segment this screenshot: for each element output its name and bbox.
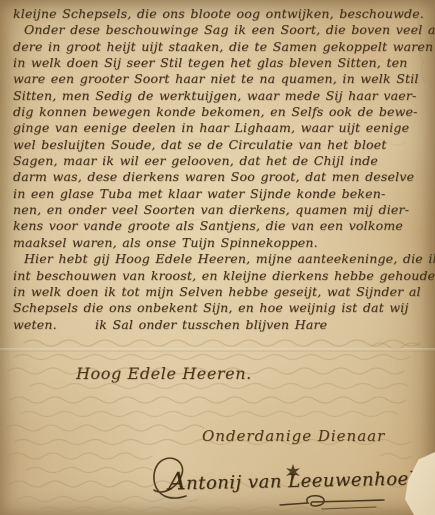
letter-salutation: Hoog Edele Heeren. [76, 364, 252, 383]
manuscript-page: kleijne Schepsels, die ons bloote oog on… [0, 0, 435, 515]
letter-line: maaksel waren, als onse Tuijn Spinnekopp… [13, 235, 431, 251]
letter-line: dig konnen bewegen konde bekomen, en Sel… [13, 104, 431, 120]
letter-valediction: Onderdanige Dienaar [202, 427, 385, 445]
signature-initial-flourish [146, 452, 194, 508]
letter-line: weten. ik Sal onder tusschen blijven Har… [13, 317, 431, 333]
paper-crease [0, 348, 435, 352]
letter-line: Sagen, maar ik wil eer gelooven, dat het… [13, 153, 431, 169]
letter-line: ginge van eenige deelen in haar Lighaam,… [13, 120, 431, 136]
letter-body: kleijne Schepsels, die ons bloote oog on… [13, 6, 431, 333]
letter-line: kens voor vande groote als Santjens, die… [13, 218, 431, 234]
signature-underline-flourish [278, 492, 388, 512]
letter-line: int beschouwen van kroost, en kleijne di… [13, 268, 431, 284]
letter-line: kleijne Schepsels, die ons bloote oog on… [13, 6, 431, 22]
letter-line: Onder dese beschouwinge Sag ik een Soort… [13, 22, 431, 38]
letter-line: dere in groot heijt uijt staaken, die te… [13, 39, 431, 55]
letter-line: Schepsels die ons onbekent Sijn, en hoe … [13, 300, 431, 316]
letter-line: in welk doen Sij seer Stil tegen het gla… [13, 55, 431, 71]
letter-line: in een glase Tuba met klaar water Sijnde… [13, 186, 431, 202]
letter-line: wel besluijten Soude, dat se de Circulat… [13, 137, 431, 153]
letter-line: Hier hebt gij Hoog Edele Heeren, mijne a… [13, 251, 431, 267]
letter-line: ware een grooter Soort haar niet te na q… [13, 71, 431, 87]
letter-line: in welk doen ik tot mijn Selven hebbe ge… [13, 284, 431, 300]
letter-line: Sitten, men Sedig de werktuijgen, waar m… [13, 88, 431, 104]
ink-blot-star [285, 464, 301, 480]
letter-line: nen, en onder veel Soorten van dierkens,… [13, 202, 431, 218]
letter-line: darm was, dese dierkens waren Soo groot,… [13, 169, 431, 185]
